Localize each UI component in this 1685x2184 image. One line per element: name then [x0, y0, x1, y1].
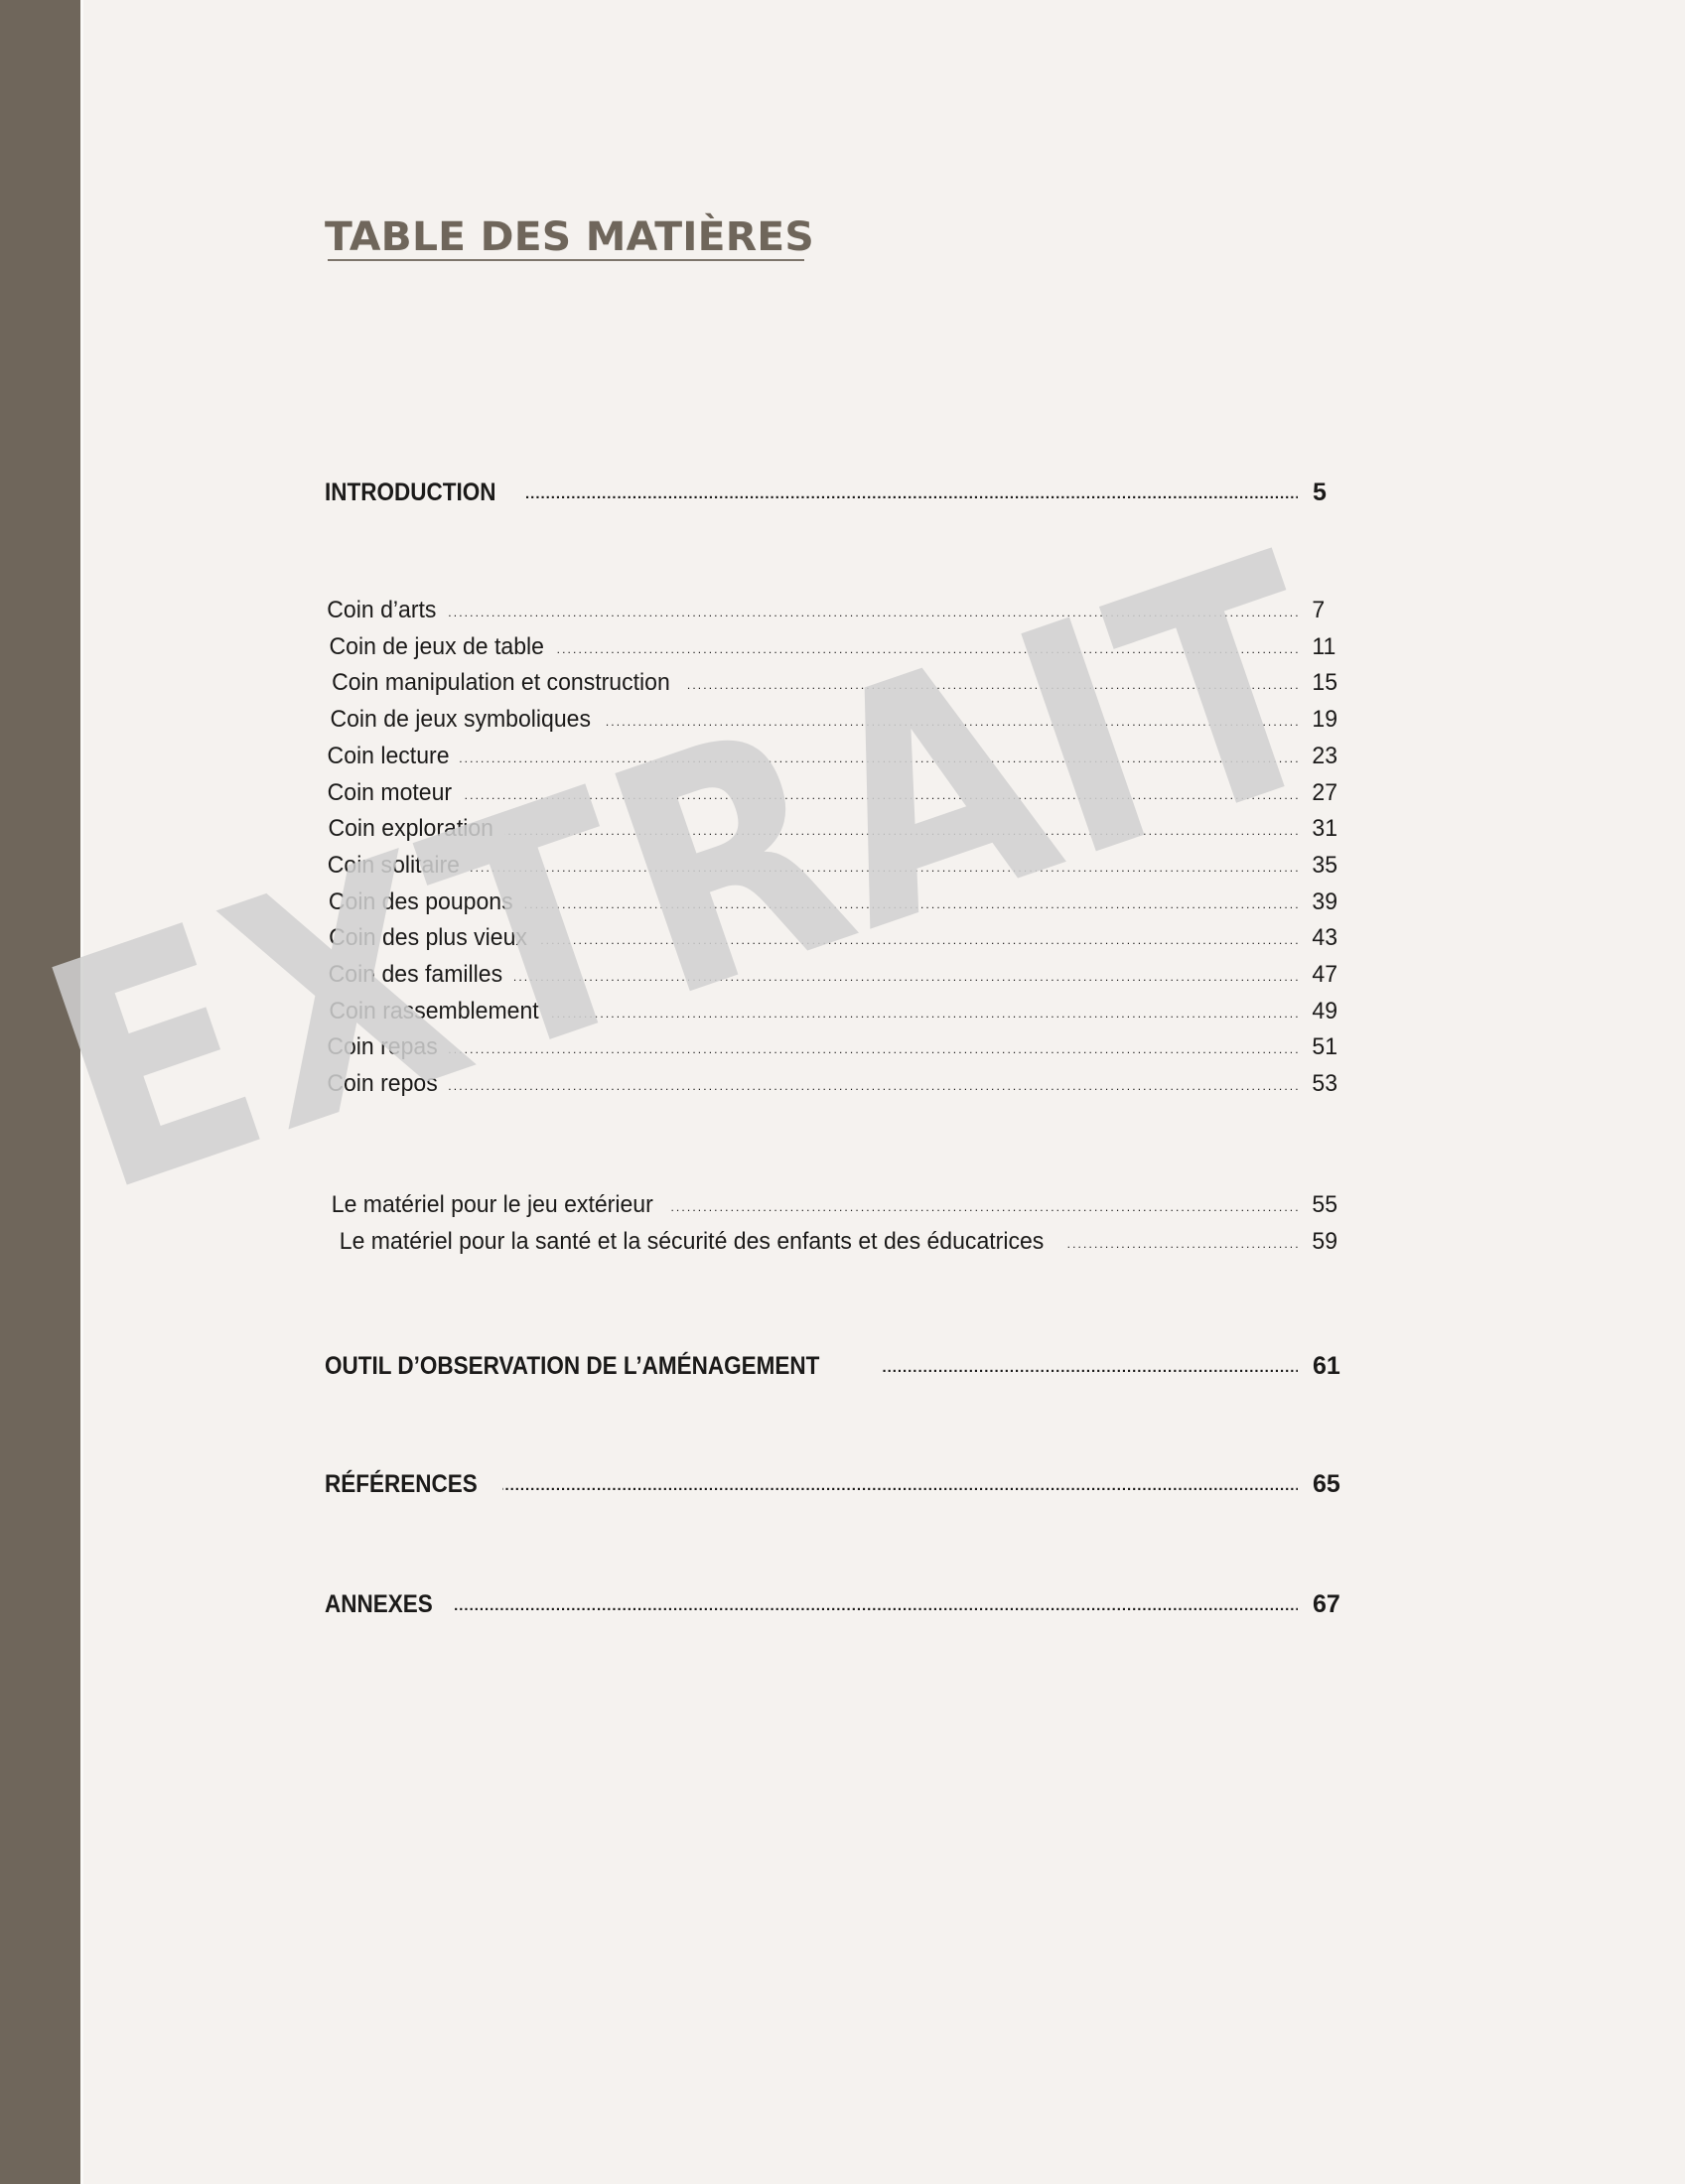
toc-page-number: 7 — [1298, 597, 1355, 624]
toc-entry[interactable]: Coin des poupons39 — [325, 885, 1357, 920]
title-underline — [328, 259, 804, 261]
toc-entry[interactable]: Le matériel pour la santé et la sécurité… — [325, 1224, 1357, 1260]
toc-entry[interactable]: Coin exploration31 — [325, 811, 1357, 847]
toc-entry[interactable]: Coin rassemblement49 — [325, 994, 1357, 1029]
left-sidebar-band — [0, 0, 80, 2184]
toc-entry[interactable]: Coin repos53 — [325, 1066, 1357, 1102]
dot-leader — [523, 475, 1298, 510]
toc-page-number: 19 — [1298, 706, 1355, 734]
toc-label: INTRODUCTION — [325, 478, 495, 507]
toc-label: Coin d’arts — [327, 597, 436, 624]
toc-entry-outil-observation[interactable]: OUTIL D’OBSERVATION DE L’AMÉNAGEMENT 61 — [325, 1348, 1357, 1384]
toc-entry[interactable]: Coin de jeux symboliques19 — [325, 702, 1357, 738]
toc-page-number: 5 — [1298, 478, 1357, 507]
toc-label: Coin des plus vieux — [329, 924, 527, 952]
toc-entry-references[interactable]: RÉFÉRENCES 65 — [325, 1466, 1357, 1502]
dot-leader — [453, 1586, 1298, 1622]
toc-page-number: 53 — [1298, 1070, 1355, 1098]
toc-entry[interactable]: Coin manipulation et construction15 — [325, 665, 1357, 701]
toc-page-number: 59 — [1298, 1228, 1355, 1256]
dot-leader — [551, 994, 1298, 1029]
toc-page-number: 49 — [1298, 998, 1355, 1025]
dot-leader — [514, 957, 1298, 993]
toc-page-number: 35 — [1298, 852, 1355, 880]
toc-entry[interactable]: Coin d’arts7 — [325, 593, 1357, 628]
toc-page-number: 27 — [1298, 779, 1355, 807]
dot-leader — [502, 1466, 1298, 1502]
toc-page-number: 61 — [1298, 1352, 1357, 1381]
dot-leader — [471, 848, 1298, 884]
dot-leader — [460, 739, 1298, 774]
toc-page-number: 23 — [1298, 743, 1355, 770]
toc-label: Coin de jeux symboliques — [330, 706, 591, 734]
toc-label: Coin exploration — [328, 815, 493, 843]
dot-leader — [447, 593, 1298, 628]
toc-page-number: 55 — [1298, 1191, 1355, 1219]
dot-leader — [557, 629, 1299, 665]
dot-leader — [883, 1348, 1298, 1384]
toc-entry[interactable]: Coin repas51 — [325, 1029, 1357, 1065]
toc-label: Coin lecture — [328, 743, 450, 770]
toc-label: OUTIL D’OBSERVATION DE L’AMÉNAGEMENT — [325, 1352, 819, 1381]
dot-leader — [539, 920, 1298, 956]
toc-entry[interactable]: Coin des plus vieux43 — [325, 920, 1357, 956]
toc-label: Le matériel pour le jeu extérieur — [332, 1191, 653, 1219]
dot-leader — [524, 885, 1298, 920]
toc-entry[interactable]: Coin moteur27 — [325, 775, 1357, 811]
toc-entry[interactable]: Coin solitaire35 — [325, 848, 1357, 884]
toc-page-number: 15 — [1298, 669, 1355, 697]
toc-label: ANNEXES — [325, 1590, 433, 1619]
toc-label: Le matériel pour la santé et la sécurité… — [340, 1228, 1045, 1256]
toc-label: RÉFÉRENCES — [325, 1470, 478, 1499]
toc-entry-annexes[interactable]: ANNEXES 67 — [325, 1586, 1357, 1622]
toc-page-number: 65 — [1298, 1470, 1357, 1499]
toc-label: Coin des familles — [329, 961, 502, 989]
toc-label: Coin des poupons — [329, 888, 513, 916]
toc-entry[interactable]: Coin des familles47 — [325, 957, 1357, 993]
dot-leader — [668, 1187, 1298, 1223]
toc-entry[interactable]: Coin lecture23 — [325, 739, 1357, 774]
toc-page-number: 67 — [1298, 1590, 1357, 1619]
toc-label: Coin de jeux de table — [330, 633, 544, 661]
toc-entry[interactable]: Le matériel pour le jeu extérieur55 — [325, 1187, 1357, 1223]
toc-page-number: 47 — [1298, 961, 1355, 989]
toc-page-number: 31 — [1298, 815, 1355, 843]
toc-page-number: 39 — [1298, 888, 1355, 916]
toc-page-number: 11 — [1298, 633, 1355, 661]
sidebar-edge — [80, 0, 83, 2184]
toc-page-number: 51 — [1298, 1033, 1355, 1061]
dot-leader — [604, 702, 1298, 738]
dot-leader — [448, 1029, 1298, 1065]
toc-page-number: 43 — [1298, 924, 1355, 952]
toc-label: Coin repas — [327, 1033, 437, 1061]
dot-leader — [685, 665, 1298, 701]
toc-label: Coin solitaire — [328, 852, 460, 880]
toc-entry-introduction[interactable]: INTRODUCTION 5 — [325, 475, 1357, 510]
dot-leader — [448, 1066, 1298, 1102]
dot-leader — [1066, 1224, 1298, 1260]
toc-label: Coin moteur — [328, 779, 453, 807]
dot-leader — [504, 811, 1298, 847]
toc-label: Coin manipulation et construction — [332, 669, 670, 697]
toc-label: Coin repos — [327, 1070, 437, 1098]
dot-leader — [463, 775, 1298, 811]
toc-label: Coin rassemblement — [329, 998, 538, 1025]
toc-entry[interactable]: Coin de jeux de table11 — [325, 629, 1357, 665]
page-title: TABLE DES MATIÈRES — [325, 214, 814, 260]
